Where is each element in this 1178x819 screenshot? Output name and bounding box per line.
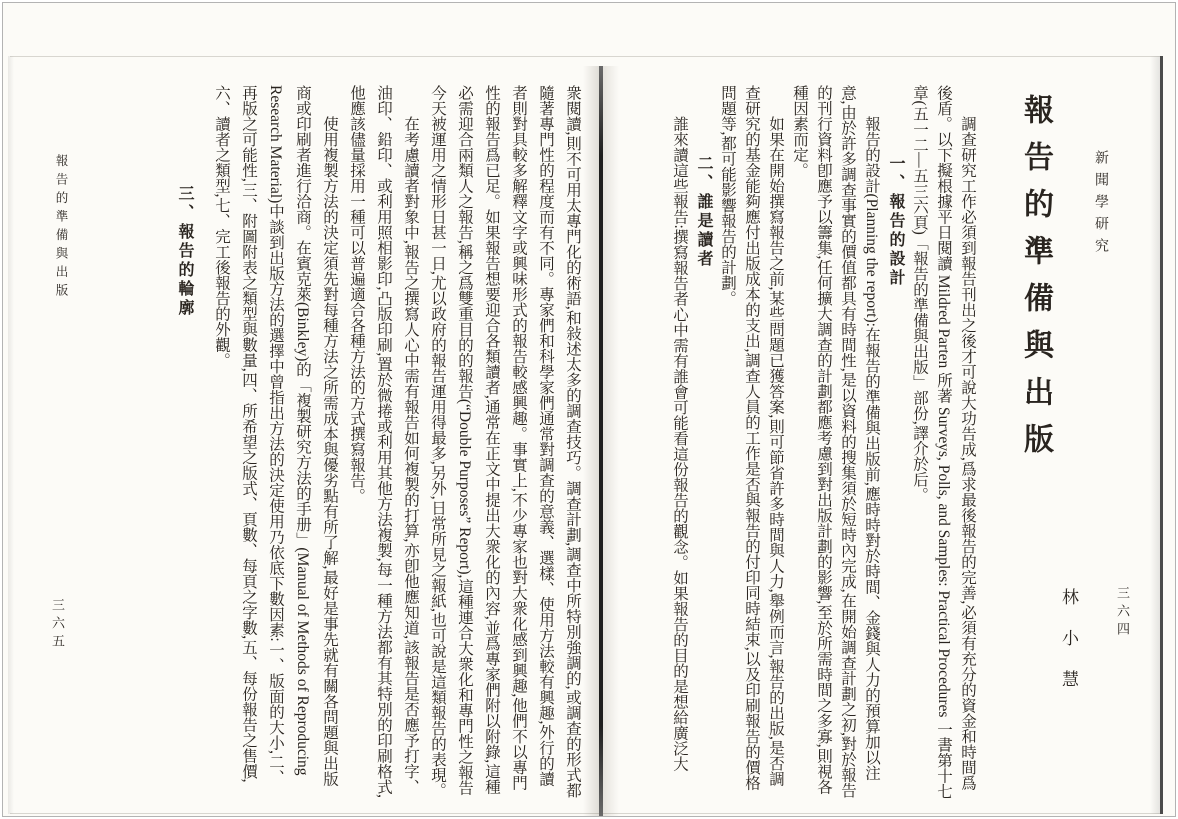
left-page-body: 衆閱讀,則不可用太專門化的術語,和敍述太多的調查技巧。調查計劃,調查中所特別強調… [128,85,586,799]
paragraph-readers-1: 誰來讀這些報告:撰寫報告者心中需有誰會可能看這份報告的觀念。如果報告的目的是想給… [667,85,691,799]
chapter-running-header: 報告的準備與出版 [52,154,70,302]
journal-running-header: 新聞學研究 [1090,150,1110,260]
scan-right-edge-shadow [1150,56,1160,814]
paragraph-design-2: 如果在開始撰寫報告之前,某些問題已獲答案,則可節省許多時間與人力,舉例而言,報告… [715,85,787,799]
right-page-body: 調查研究工作必須到報告刊出之後才可說大功告成,爲求最後報告的完善,必須有充分的資… [633,85,979,799]
book-scan: { "right_page": { "running_header": "新聞學… [0,0,1178,819]
scan-top-edge [10,56,1162,57]
paragraph-readers-2: 衆閱讀,則不可用太專門化的術語,和敍述太多的調查技巧。調查計劃,調查中所特別強調… [424,85,586,799]
paragraph-design-1: 報告的設計(Planning the report):在報告的準備與出版前,應時… [787,85,883,799]
section-heading-2: 二、誰是讀者 [691,85,715,799]
page-number-left: 三六五 [48,598,67,652]
scan-right-edge-line [1160,56,1163,814]
page-number-right: 三六四 [1113,586,1132,640]
book-gutter-line [599,66,603,816]
section-heading-1: 一、報告的設計 [883,85,907,799]
author-name: 林小慧 [1056,588,1081,711]
paragraph-reproduction-2: 使用複製方法的決定須先對每種方法之所需成本與優劣點有所了解,最好是事先就有關各問… [208,85,343,799]
gutter-shadow-right [603,66,619,816]
scan-left-edge-shadow [8,56,14,814]
paragraph-reproduction-1: 在考慮讀者對象中,報告之撰寫人心中需有報告如何複製的打算,亦卽他應知道,該報告是… [343,85,424,799]
section-heading-3: 三、報告的輪廓 [171,85,198,799]
paragraph-intro: 調查研究工作必須到報告刊出之後才可說大功告成,爲求最後報告的完善,必須有充分的資… [907,85,979,799]
chapter-title: 報告的準備與出版 [1013,94,1057,470]
